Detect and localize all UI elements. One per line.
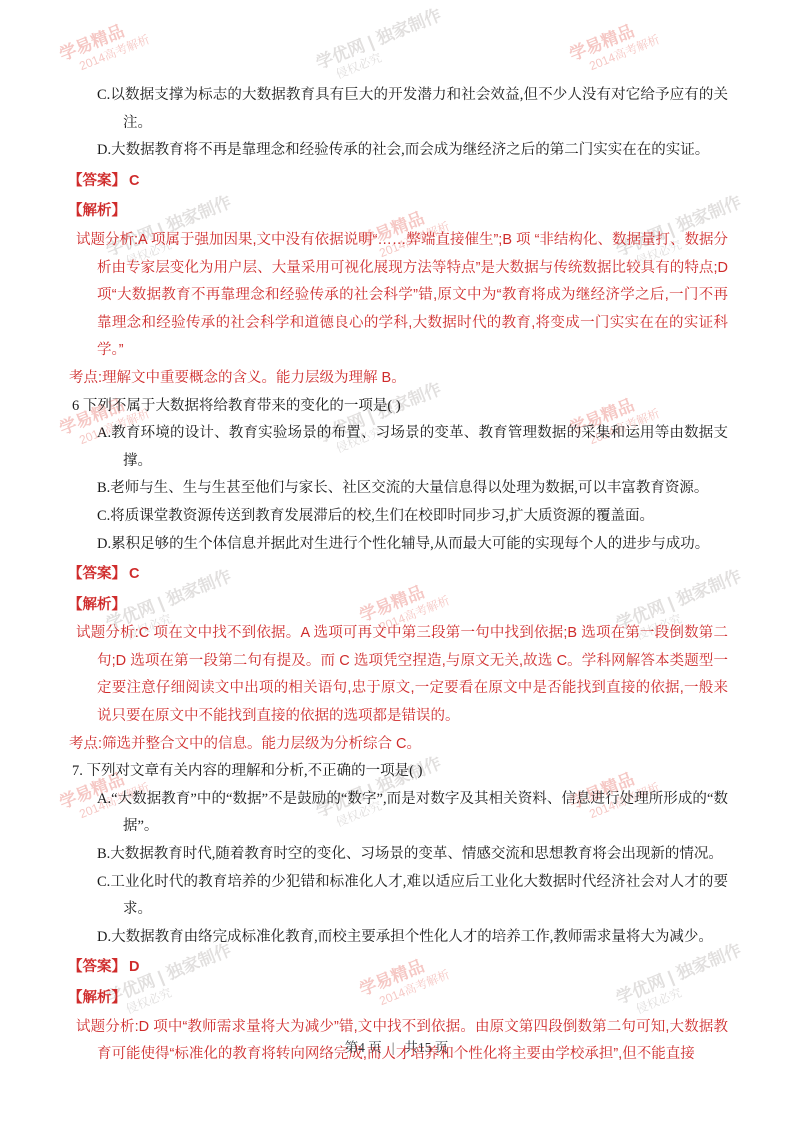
section-heading: 【解析】 [68, 985, 728, 1013]
answer-label: 【答案】 [68, 173, 126, 189]
option-item: A.教育环境的设计、教育实验场景的布置、习场景的变革、教育管理数据的采集和运用等… [68, 420, 728, 475]
option-item: D.大数据教育由络完成标准化教育,而校主要承担个性化人才的培养工作,教师需求量将… [68, 924, 728, 952]
option-item: C.工业化时代的教育培养的少犯错和标准化人才,难以适应后工业化大数据时代经济社会… [68, 869, 728, 924]
option-item: B.大数据教育时代,随着教育时空的变化、习场景的变革、情感交流和思想教育将会出现… [68, 841, 728, 869]
analysis-paragraph: 试题分析:A 项属于强加因果,文中没有依据说明“……弊端直接催生”;B 项 “非… [68, 227, 728, 365]
section-heading: 【解析】 [68, 198, 728, 226]
answer-value: C [129, 173, 139, 189]
option-item: A.“大数据教育”中的“数据”不是鼓励的“数字”,而是对数字及其相关资料、信息进… [68, 786, 728, 841]
footer-separator: | [392, 1040, 395, 1055]
question-stem: 7. 下列对文章有关内容的理解和分析,不正确的一项是( ) [72, 758, 728, 786]
document-body: C.以数据支撑为标志的大数据教育具有巨大的开发潜力和社会效益,但不少人没有对它给… [68, 82, 728, 1069]
exam-point-line: 考点:筛选并整合文中的信息。能力层级为分析综合 C。 [69, 731, 728, 759]
option-item: D.累积足够的生个体信息并据此对生进行个性化辅导,从而最大可能的实现每个人的进步… [68, 531, 728, 559]
answer-line: 【答案】C [68, 168, 728, 196]
document-page: 学易精品2014高考解析学优网 | 独家制作侵权必究学易精品2014高考解析学优… [0, 0, 793, 1122]
answer-label: 【答案】 [68, 566, 126, 582]
option-item: C.以数据支撑为标志的大数据教育具有巨大的开发潜力和社会效益,但不少人没有对它给… [68, 82, 728, 137]
answer-line: 【答案】D [68, 954, 728, 982]
exam-point-line: 考点:理解文中重要概念的含义。能力层级为理解 B。 [69, 365, 728, 393]
option-item: C.将质课堂教资源传送到教育发展滞后的校,生们在校即时同步习,扩大质资源的覆盖面… [68, 503, 728, 531]
footer-total-pages: 共15 页 [404, 1040, 448, 1055]
option-item: D.大数据教育将不再是靠理念和经验传承的社会,而会成为继经济之后的第二门实实在在… [68, 137, 728, 165]
answer-line: 【答案】C [68, 561, 728, 589]
answer-value: D [129, 959, 139, 975]
option-item: B.老师与生、生与生甚至他们与家长、社区交流的大量信息得以处理为数据,可以丰富教… [68, 475, 728, 503]
analysis-paragraph: 试题分析:C 项在文中找不到依据。A 选项可再文中第三段第一句中找到依据;B 选… [68, 620, 728, 730]
page-footer: 第4 页|共15 页 [0, 1036, 793, 1056]
brand-watermark: 学易精品2014高考解析 [566, 13, 662, 80]
brand-watermark: 学易精品2014高考解析 [56, 13, 152, 80]
site-watermark: 学优网 | 独家制作侵权必究 [313, 4, 450, 88]
answer-label: 【答案】 [68, 959, 126, 975]
section-heading: 【解析】 [68, 592, 728, 620]
question-stem: 6 下列不属于大数据将给教育带来的变化的一项是( ) [72, 393, 728, 421]
footer-page-number: 第4 页 [345, 1040, 382, 1055]
answer-value: C [129, 566, 139, 582]
